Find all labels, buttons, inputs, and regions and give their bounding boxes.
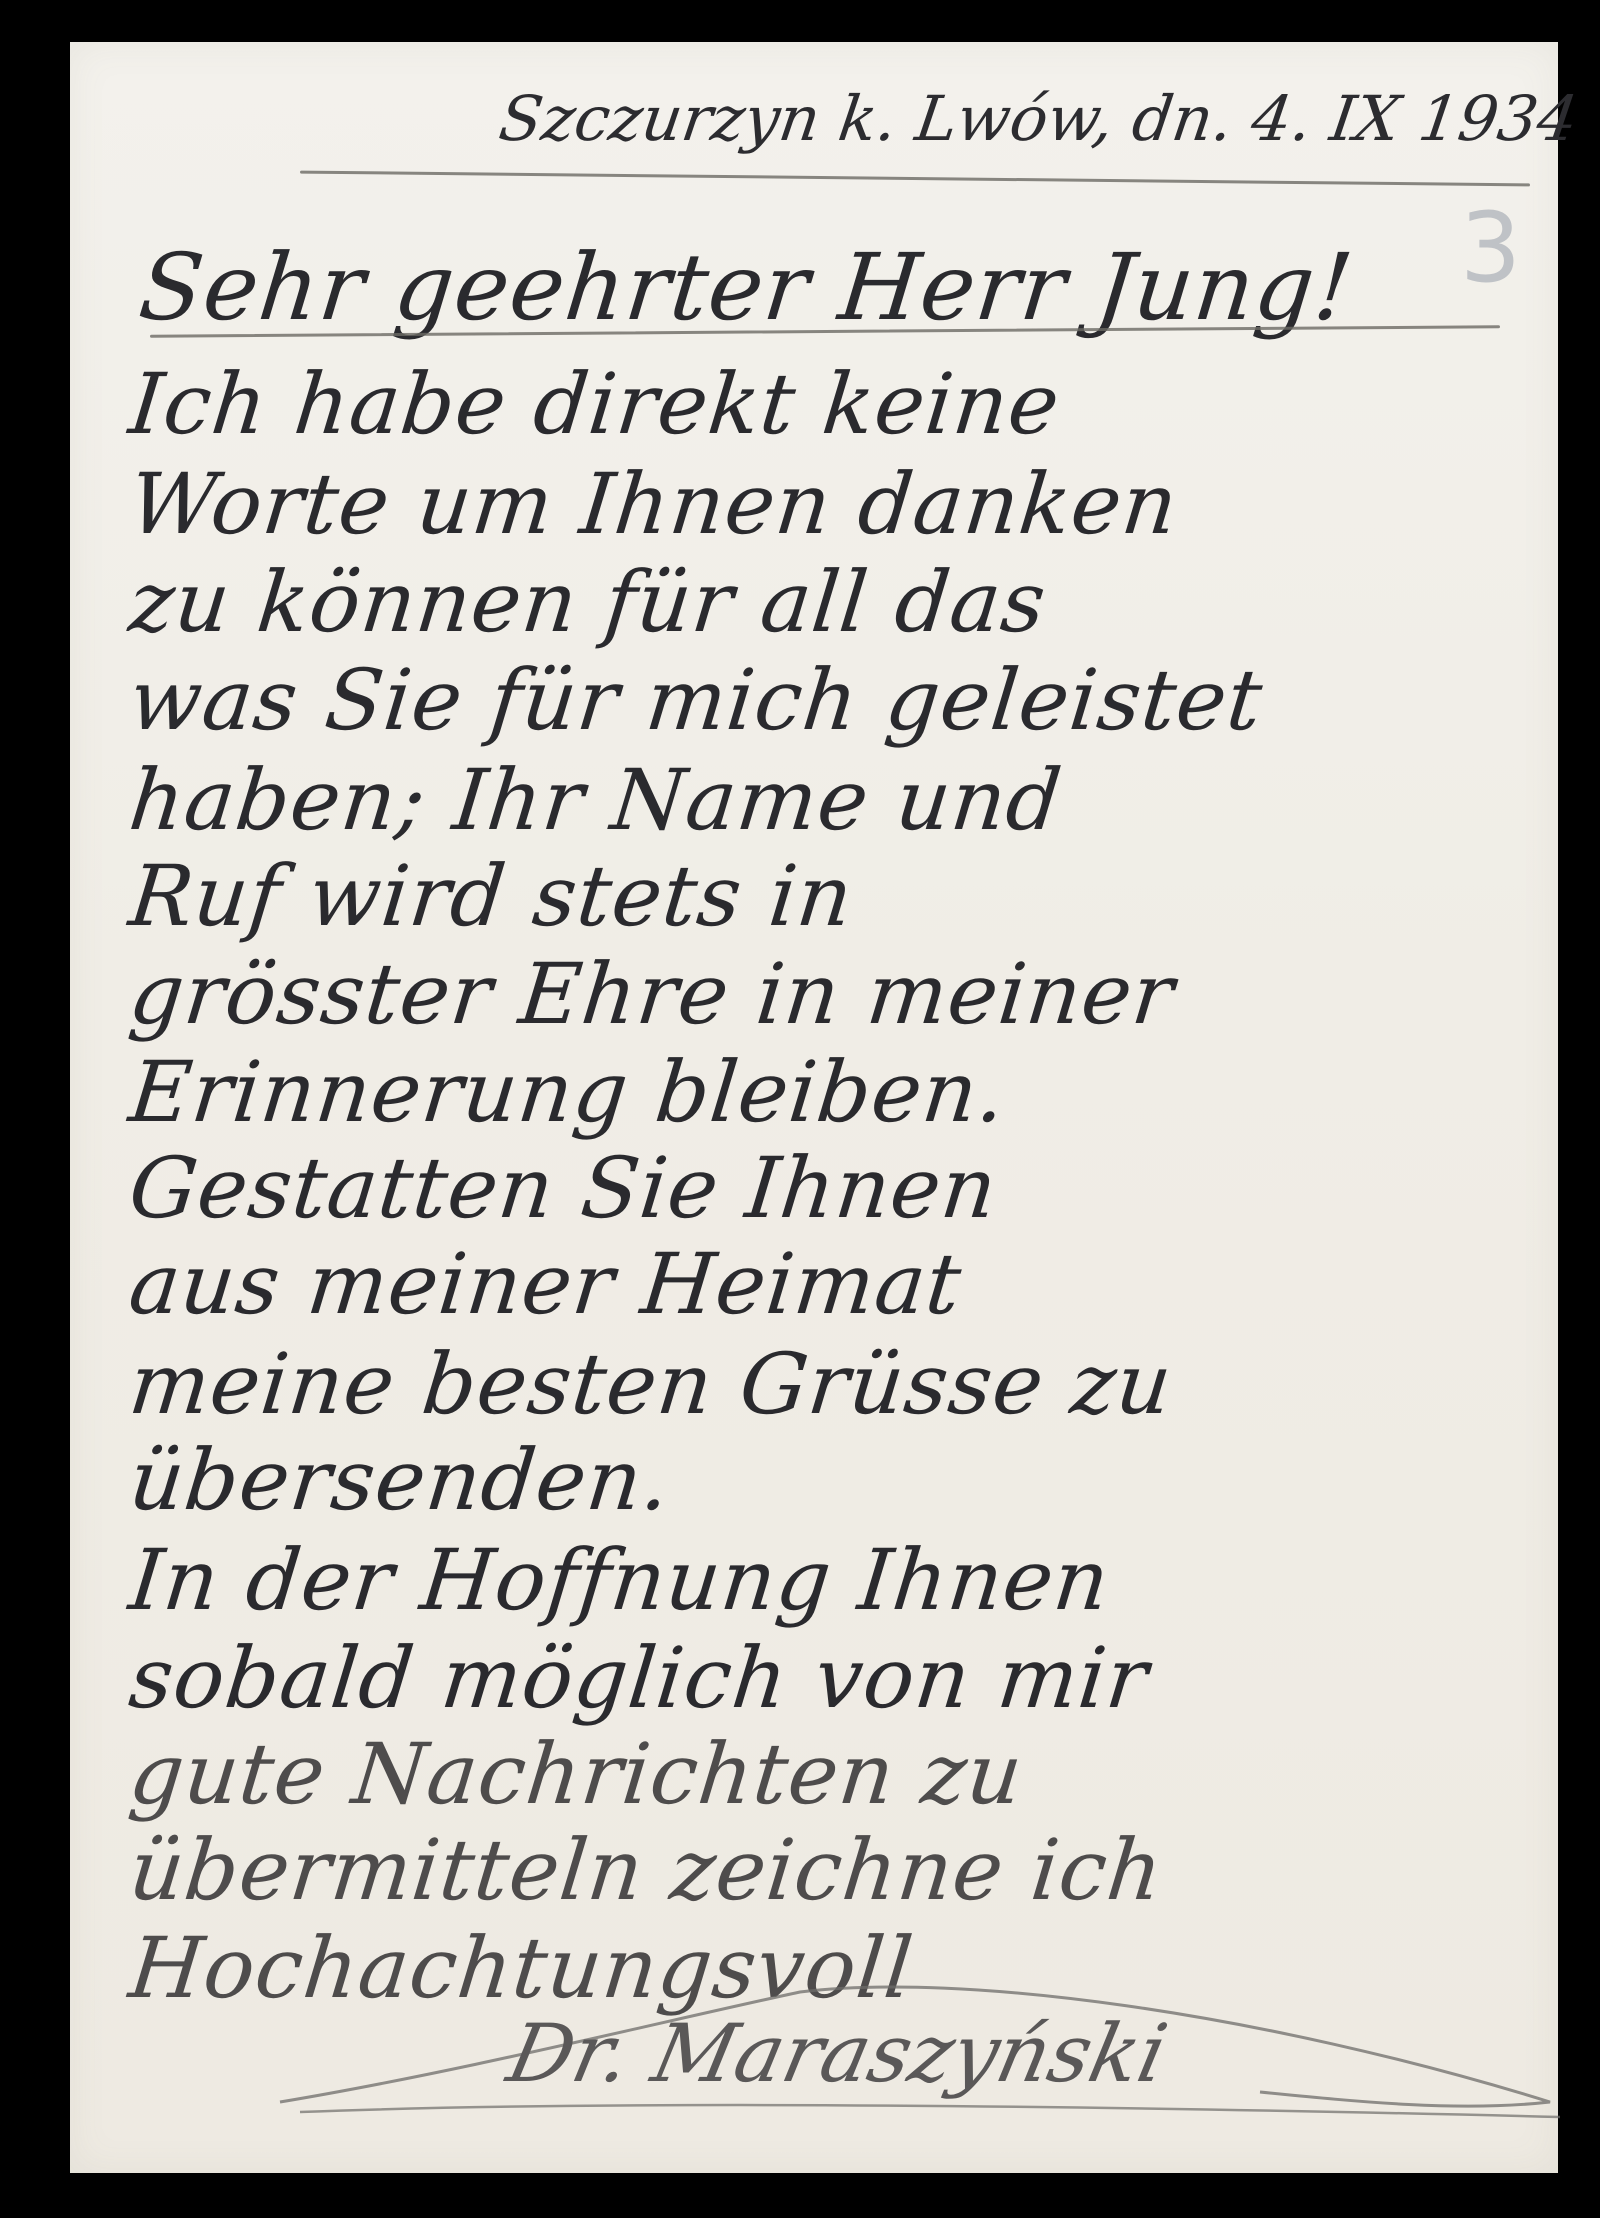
body-line-14: sobald möglich von mir [126, 1636, 1153, 1720]
body-line-1: Ich habe direkt keine [126, 362, 1064, 446]
body-line-11: meine besten Grüsse zu [126, 1342, 1177, 1426]
body-line-12: übersenden. [126, 1438, 675, 1522]
body-line-16: übermitteln zeichne ich [126, 1828, 1167, 1912]
body-line-15: gute Nachrichten zu [126, 1732, 1027, 1816]
body-line-10: aus meiner Heimat [126, 1242, 966, 1326]
body-line-3: zu können für all das [126, 560, 1051, 644]
body-line-9: Gestatten Sie Ihnen [126, 1146, 1002, 1230]
body-line-6: Ruf wird stets in [126, 854, 857, 938]
body-line-4: was Sie für mich geleistet [126, 658, 1267, 742]
header-underline [300, 171, 1530, 187]
body-line-2: Worte um Ihnen danken [126, 462, 1182, 546]
postcard: Szczurzyn k. Lwów, dn. 4. IX 1934 Sehr g… [70, 42, 1558, 2173]
pencil-number-mark: 3 [1460, 192, 1521, 304]
body-line-8: Erinnerung bleiben. [126, 1050, 1010, 1134]
body-line-5: haben; Ihr Name und [126, 758, 1066, 842]
body-line-13: In der Hoffnung Ihnen [126, 1538, 1114, 1622]
body-line-7: grösster Ehre in meiner [126, 952, 1179, 1036]
signature: Dr. Maraszyński [500, 2007, 1175, 2100]
greeting: Sehr geehrter Herr Jung! [135, 242, 1357, 334]
place-date-line: Szczurzyn k. Lwów, dn. 4. IX 1934 [495, 82, 1582, 155]
